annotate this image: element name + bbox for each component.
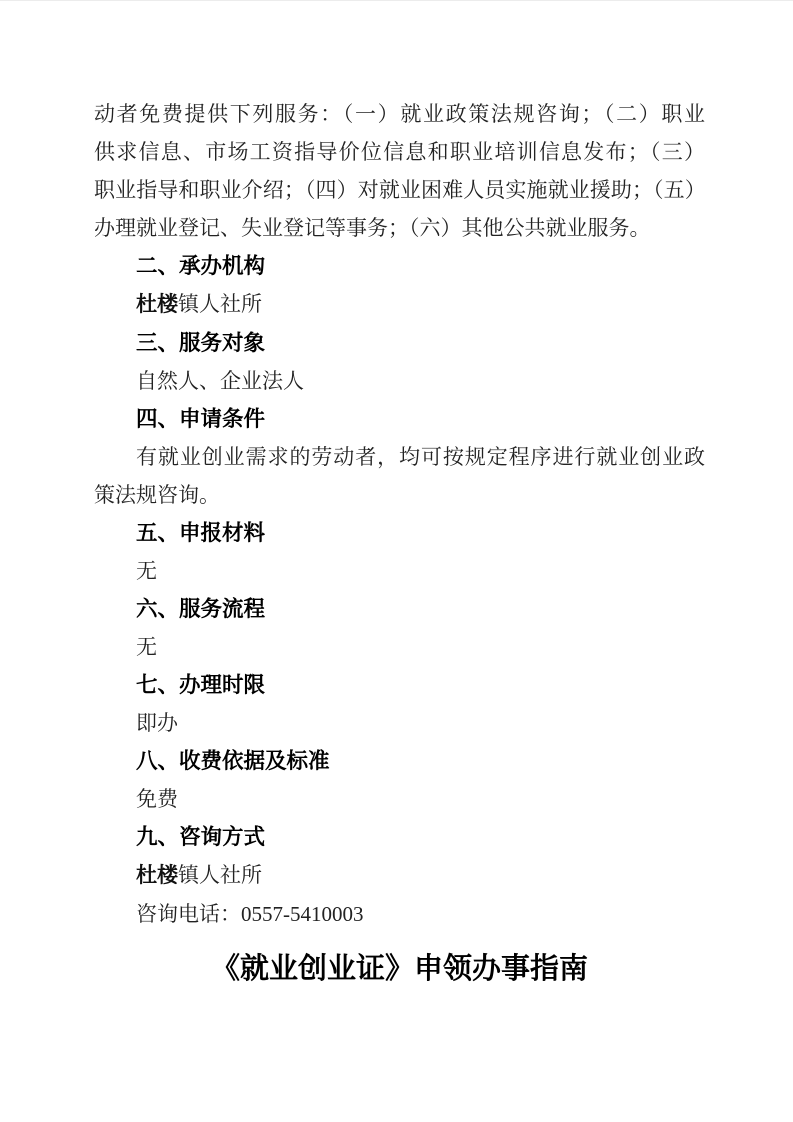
section-heading-service-process: 六、服务流程 [94, 590, 705, 628]
agency-name-bold: 杜楼 [136, 293, 178, 316]
consultation-phone-line: 咨询电话：0557-5410003 [94, 895, 705, 933]
section-body-application-materials: 无 [94, 552, 705, 590]
section-heading-processing-time: 七、办理时限 [94, 666, 705, 704]
next-guide-title: 《就业创业证》申领办事指南 [94, 946, 705, 992]
agency-name-regular: 镇人社所 [178, 292, 262, 316]
agency-name-regular: 镇人社所 [178, 863, 262, 887]
agency-name-bold: 杜楼 [136, 864, 178, 887]
intro-paragraph-line: 动者免费提供下列服务：（一）就业政策法规咨询；（二）职业 [94, 95, 705, 133]
section-heading-application-materials: 五、申报材料 [94, 514, 705, 552]
intro-paragraph-line: 职业指导和职业介绍；（四）对就业困难人员实施就业援助；（五） [94, 171, 705, 209]
intro-paragraph-line: 办理就业登记、失业登记等事务；（六）其他公共就业服务。 [94, 209, 705, 247]
section-body-undertaking-agency: 杜楼镇人社所 [94, 285, 705, 324]
section-body-application-conditions-line: 有就业创业需求的劳动者，均可按规定程序进行就业创业政 [94, 438, 705, 476]
section-heading-consultation-method: 九、咨询方式 [94, 818, 705, 856]
section-body-application-conditions-line: 策法规咨询。 [94, 476, 705, 514]
section-body-processing-time: 即办 [94, 704, 705, 742]
section-body-fee-basis: 免费 [94, 780, 705, 818]
section-body-service-target: 自然人、企业法人 [94, 362, 705, 400]
section-heading-undertaking-agency: 二、承办机构 [94, 247, 705, 285]
section-body-consultation-agency: 杜楼镇人社所 [94, 856, 705, 895]
section-heading-fee-basis: 八、收费依据及标准 [94, 742, 705, 780]
document-page: 动者免费提供下列服务：（一）就业政策法规咨询；（二）职业 供求信息、市场工资指导… [0, 0, 793, 1122]
section-heading-application-conditions: 四、申请条件 [94, 400, 705, 438]
section-heading-service-target: 三、服务对象 [94, 324, 705, 362]
section-body-service-process: 无 [94, 628, 705, 666]
intro-paragraph-line: 供求信息、市场工资指导价位信息和职业培训信息发布；（三） [94, 133, 705, 171]
